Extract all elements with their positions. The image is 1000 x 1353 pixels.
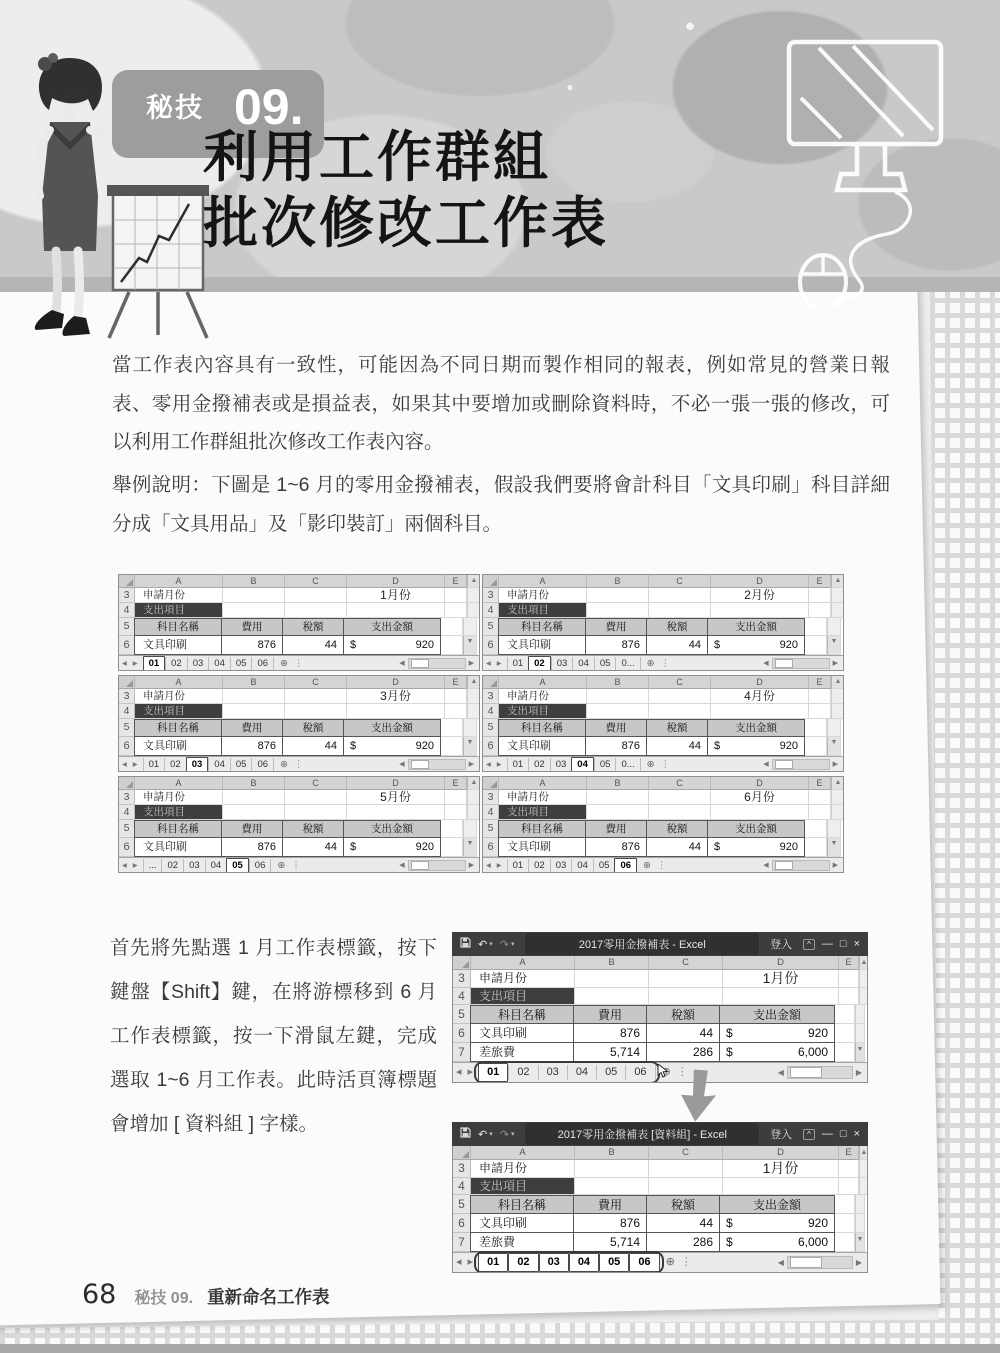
ribbon-display-icon[interactable]: ^: [803, 939, 815, 950]
sheet-tab-03[interactable]: 03: [183, 859, 205, 872]
empty-cell[interactable]: [835, 1233, 855, 1252]
empty-cell[interactable]: [285, 790, 347, 805]
cell-account-name[interactable]: 文具印刷: [134, 736, 222, 756]
maximize-icon[interactable]: □: [840, 1128, 847, 1140]
tab-nav-next-icon[interactable]: ▸: [130, 859, 141, 872]
scrollbar-thumb[interactable]: [790, 1067, 822, 1078]
scrollbar-thumb[interactable]: [775, 861, 793, 870]
cell-fee[interactable]: 876: [585, 837, 647, 857]
cell-month-value[interactable]: 2月份: [711, 588, 809, 603]
tab-nav-prev-icon[interactable]: ◂: [453, 1065, 465, 1080]
scroll-left-icon[interactable]: ◀: [396, 859, 407, 872]
redo-icon[interactable]: ↷: [500, 938, 509, 951]
empty-cell[interactable]: [839, 1160, 859, 1178]
column-header-a[interactable]: A: [471, 1146, 575, 1160]
add-sheet-icon[interactable]: ⊕: [643, 859, 651, 872]
empty-cell[interactable]: [587, 704, 649, 719]
empty-cell[interactable]: [587, 588, 649, 603]
vertical-scrollbar[interactable]: [855, 1214, 865, 1233]
vertical-scrollbar[interactable]: [827, 618, 841, 636]
cell-month-value[interactable]: 1月份: [723, 1160, 839, 1178]
tab-nav-next-icon[interactable]: ▸: [494, 758, 505, 771]
sheet-tab-04[interactable]: 04: [571, 757, 594, 772]
sheet-tab-05[interactable]: 05: [230, 758, 252, 771]
row-header-6[interactable]: 6: [119, 737, 135, 756]
header-account-name[interactable]: 科目名稱: [470, 1195, 574, 1214]
row-header-5[interactable]: 5: [483, 820, 499, 838]
empty-cell[interactable]: [809, 805, 831, 820]
cell-tax[interactable]: 44: [646, 1213, 720, 1233]
empty-cell[interactable]: [285, 689, 347, 704]
empty-cell[interactable]: [805, 636, 827, 655]
scroll-right-icon[interactable]: ▶: [830, 657, 841, 670]
row-header-4[interactable]: 4: [453, 1178, 471, 1195]
vertical-scrollbar[interactable]: [831, 603, 844, 618]
row-header-4[interactable]: 4: [483, 805, 499, 820]
header-account-name[interactable]: 科目名稱: [498, 820, 586, 838]
sheet-tab-06[interactable]: 06: [251, 657, 274, 670]
empty-cell[interactable]: [835, 1214, 855, 1233]
column-header-e[interactable]: E: [839, 1146, 859, 1160]
header-fee[interactable]: 費用: [585, 719, 647, 737]
empty-cell[interactable]: [587, 805, 649, 820]
horizontal-scrollbar[interactable]: [772, 658, 830, 669]
scrollbar-thumb[interactable]: [411, 659, 429, 668]
row-header-3[interactable]: 3: [119, 588, 135, 603]
sheet-tab-02[interactable]: 02: [508, 1065, 537, 1080]
header-amount[interactable]: 支出金額: [707, 719, 805, 737]
horizontal-scrollbar[interactable]: [772, 860, 830, 871]
vertical-scrollbar[interactable]: [467, 790, 480, 805]
row-header-3[interactable]: 3: [453, 970, 471, 988]
cell-apply-month-label[interactable]: 申請月份: [499, 689, 587, 704]
row-header-4[interactable]: 4: [119, 704, 135, 719]
column-header-a[interactable]: A: [499, 777, 587, 790]
sheet-tab-02[interactable]: 02: [528, 758, 550, 771]
scroll-up-icon[interactable]: ▲: [831, 676, 844, 689]
column-header-e[interactable]: E: [445, 575, 467, 588]
select-all-corner[interactable]: [453, 956, 471, 970]
row-header-5[interactable]: 5: [119, 719, 135, 737]
empty-cell[interactable]: [649, 790, 711, 805]
vertical-scrollbar[interactable]: [831, 790, 844, 805]
sheet-tab-01[interactable]: 01: [143, 758, 165, 771]
column-header-c[interactable]: C: [649, 956, 723, 970]
header-tax[interactable]: 稅額: [646, 719, 708, 737]
sheet-tab-06[interactable]: 06: [614, 858, 637, 873]
cell-amount[interactable]: $920: [343, 837, 441, 857]
column-header-c[interactable]: C: [649, 676, 711, 689]
sheet-tab-04[interactable]: 04: [567, 1065, 596, 1080]
qat-customize-icon[interactable]: ▾: [511, 940, 515, 948]
undo-icon[interactable]: ↶: [478, 1128, 487, 1141]
header-tax[interactable]: 稅額: [646, 820, 708, 838]
cell-tax[interactable]: 44: [282, 635, 344, 655]
cell-tax[interactable]: 44: [646, 635, 708, 655]
empty-cell[interactable]: [805, 838, 827, 857]
empty-cell[interactable]: [805, 820, 827, 838]
empty-cell[interactable]: [711, 704, 809, 719]
sheet-tab-02[interactable]: 02: [164, 758, 186, 771]
empty-cell[interactable]: [835, 1005, 855, 1024]
cell-amount[interactable]: $920: [719, 1023, 835, 1043]
scroll-up-icon[interactable]: ▲: [859, 1146, 868, 1160]
undo-dropdown-icon[interactable]: ▾: [489, 940, 493, 948]
row-header-3[interactable]: 3: [483, 588, 499, 603]
empty-cell[interactable]: [441, 820, 463, 838]
sheet-tab-01[interactable]: 01: [478, 1063, 508, 1082]
scroll-right-icon[interactable]: ▶: [466, 758, 477, 771]
vertical-scrollbar[interactable]: [463, 618, 477, 636]
scroll-left-icon[interactable]: ◀: [396, 657, 407, 670]
empty-cell[interactable]: [649, 970, 723, 988]
header-amount[interactable]: 支出金額: [707, 820, 805, 838]
header-tax[interactable]: 稅額: [282, 719, 344, 737]
cell-amount[interactable]: $6,000: [719, 1232, 835, 1252]
sheet-tab-05[interactable]: 05: [594, 758, 616, 771]
header-account-name[interactable]: 科目名稱: [498, 719, 586, 737]
sheet-tab-04[interactable]: 04: [208, 758, 230, 771]
cell-amount[interactable]: $920: [707, 736, 805, 756]
header-account-name[interactable]: 科目名稱: [134, 719, 222, 737]
column-header-e[interactable]: E: [809, 777, 831, 790]
header-account-name[interactable]: 科目名稱: [498, 618, 586, 636]
sheet-tab-05[interactable]: 05: [226, 858, 249, 873]
vertical-scrollbar[interactable]: [463, 719, 477, 737]
sheet-tab-04[interactable]: 04: [572, 657, 594, 670]
row-header-6[interactable]: 6: [453, 1024, 471, 1043]
column-header-b[interactable]: B: [223, 777, 285, 790]
empty-cell[interactable]: [223, 790, 285, 805]
row-header-5[interactable]: 5: [483, 719, 499, 737]
column-header-b[interactable]: B: [223, 676, 285, 689]
empty-cell[interactable]: [445, 588, 467, 603]
header-amount[interactable]: 支出金額: [719, 1195, 835, 1214]
cell-apply-month-label[interactable]: 申請月份: [471, 970, 575, 988]
redo-icon[interactable]: ↷: [500, 1128, 509, 1141]
scroll-up-icon[interactable]: ▲: [859, 956, 868, 970]
row-header-6[interactable]: 6: [119, 838, 135, 857]
scrollbar-thumb[interactable]: [411, 861, 429, 870]
scroll-down-icon[interactable]: ▼: [463, 737, 477, 756]
sheet-tab-06[interactable]: 06: [629, 1253, 659, 1272]
column-header-b[interactable]: B: [575, 1146, 649, 1160]
cell-month-value[interactable]: 3月份: [347, 689, 445, 704]
column-header-c[interactable]: C: [649, 777, 711, 790]
row-header-3[interactable]: 3: [119, 689, 135, 704]
cell-expense-item-label[interactable]: 支出項目: [499, 603, 587, 618]
tab-nav-prev-icon[interactable]: ◂: [119, 657, 130, 670]
row-header-3[interactable]: 3: [483, 689, 499, 704]
empty-cell[interactable]: [835, 1195, 855, 1214]
empty-cell[interactable]: [347, 805, 445, 820]
scroll-down-icon[interactable]: ▼: [827, 838, 841, 857]
column-header-c[interactable]: C: [285, 777, 347, 790]
add-sheet-icon[interactable]: ⊕: [277, 859, 285, 872]
tab-nav-prev-icon[interactable]: ◂: [483, 657, 494, 670]
cell-account-name[interactable]: 文具印刷: [470, 1023, 574, 1043]
vertical-scrollbar[interactable]: [831, 689, 844, 704]
scroll-down-icon[interactable]: ▼: [463, 636, 477, 655]
cell-tax[interactable]: 44: [282, 837, 344, 857]
scroll-right-icon[interactable]: ▶: [466, 657, 477, 670]
cell-apply-month-label[interactable]: 申請月份: [135, 588, 223, 603]
cell-expense-item-label[interactable]: 支出項目: [499, 704, 587, 719]
cell-expense-item-label[interactable]: 支出項目: [135, 805, 223, 820]
empty-cell[interactable]: [649, 988, 723, 1005]
column-header-c[interactable]: C: [285, 575, 347, 588]
empty-cell[interactable]: [649, 588, 711, 603]
tab-nav-next-icon[interactable]: ▸: [494, 859, 505, 872]
empty-cell[interactable]: [809, 588, 831, 603]
cell-account-name[interactable]: 文具印刷: [134, 635, 222, 655]
sign-in-button[interactable]: 登入: [770, 1126, 792, 1142]
scroll-up-icon[interactable]: ▲: [467, 575, 480, 588]
sheet-tab-05[interactable]: 05: [596, 1065, 625, 1080]
vertical-scrollbar[interactable]: [859, 1160, 868, 1178]
header-fee[interactable]: 費用: [585, 820, 647, 838]
sheet-tab-02[interactable]: 02: [528, 859, 550, 872]
tab-nav-next-icon[interactable]: ▸: [465, 1065, 477, 1080]
empty-cell[interactable]: [649, 603, 711, 618]
row-header-5[interactable]: 5: [453, 1005, 471, 1024]
row-header-4[interactable]: 4: [453, 988, 471, 1005]
undo-dropdown-icon[interactable]: ▾: [489, 1130, 493, 1138]
empty-cell[interactable]: [809, 704, 831, 719]
add-sheet-icon[interactable]: ⊕: [647, 758, 655, 771]
empty-cell[interactable]: [441, 838, 463, 857]
row-header-7[interactable]: 7: [453, 1043, 471, 1062]
column-header-a[interactable]: A: [499, 575, 587, 588]
empty-cell[interactable]: [805, 618, 827, 636]
sheet-tab-...[interactable]: ...: [143, 859, 162, 872]
column-header-d[interactable]: D: [711, 676, 809, 689]
row-header-6[interactable]: 6: [483, 737, 499, 756]
cell-amount[interactable]: $920: [343, 736, 441, 756]
horizontal-scrollbar[interactable]: [408, 658, 466, 669]
cell-account-name[interactable]: 文具印刷: [498, 736, 586, 756]
minimize-icon[interactable]: —: [822, 1128, 833, 1140]
cell-apply-month-label[interactable]: 申請月份: [471, 1160, 575, 1178]
cell-amount[interactable]: $920: [343, 635, 441, 655]
tab-nav-prev-icon[interactable]: ◂: [483, 859, 494, 872]
row-header-5[interactable]: 5: [119, 618, 135, 636]
sheet-tab-03[interactable]: 03: [538, 1065, 567, 1080]
scroll-up-icon[interactable]: ▲: [467, 777, 480, 790]
header-tax[interactable]: 稅額: [646, 1005, 720, 1024]
header-amount[interactable]: 支出金額: [719, 1005, 835, 1024]
empty-cell[interactable]: [445, 603, 467, 618]
row-header-6[interactable]: 6: [119, 636, 135, 655]
empty-cell[interactable]: [575, 988, 649, 1005]
empty-cell[interactable]: [649, 704, 711, 719]
add-sheet-icon[interactable]: ⊕: [280, 657, 288, 670]
header-fee[interactable]: 費用: [573, 1195, 647, 1214]
scroll-right-icon[interactable]: ▶: [853, 1255, 865, 1270]
empty-cell[interactable]: [809, 689, 831, 704]
row-header-5[interactable]: 5: [119, 820, 135, 838]
column-header-c[interactable]: C: [285, 676, 347, 689]
add-sheet-icon[interactable]: ⊕: [280, 758, 288, 771]
tab-nav-prev-icon[interactable]: ◂: [453, 1255, 465, 1270]
cell-expense-item-label[interactable]: 支出項目: [135, 603, 223, 618]
cell-account-name[interactable]: 差旅費: [470, 1232, 574, 1252]
scroll-left-icon[interactable]: ◀: [760, 657, 771, 670]
row-header-4[interactable]: 4: [483, 704, 499, 719]
cell-expense-item-label[interactable]: 支出項目: [471, 1178, 575, 1195]
column-header-b[interactable]: B: [575, 956, 649, 970]
tab-nav-next-icon[interactable]: ▸: [130, 657, 141, 670]
empty-cell[interactable]: [441, 719, 463, 737]
header-amount[interactable]: 支出金額: [343, 820, 441, 838]
select-all-corner[interactable]: [119, 575, 135, 588]
horizontal-scrollbar[interactable]: [408, 759, 466, 770]
column-header-a[interactable]: A: [135, 777, 223, 790]
column-header-d[interactable]: D: [723, 956, 839, 970]
column-header-d[interactable]: D: [711, 575, 809, 588]
scroll-left-icon[interactable]: ◀: [760, 859, 771, 872]
tab-nav-next-icon[interactable]: ▸: [465, 1255, 477, 1270]
empty-cell[interactable]: [347, 704, 445, 719]
cell-expense-item-label[interactable]: 支出項目: [135, 704, 223, 719]
cell-fee[interactable]: 876: [573, 1213, 647, 1233]
ribbon-display-icon[interactable]: ^: [803, 1129, 815, 1140]
row-header-6[interactable]: 6: [483, 838, 499, 857]
sheet-tab-02[interactable]: 02: [508, 1253, 538, 1272]
empty-cell[interactable]: [805, 737, 827, 756]
vertical-scrollbar[interactable]: [827, 820, 841, 838]
column-header-b[interactable]: B: [587, 676, 649, 689]
cell-amount[interactable]: $920: [707, 837, 805, 857]
scroll-up-icon[interactable]: ▲: [831, 777, 844, 790]
empty-cell[interactable]: [649, 805, 711, 820]
empty-cell[interactable]: [445, 689, 467, 704]
select-all-corner[interactable]: [483, 676, 499, 689]
add-sheet-icon[interactable]: ⊕: [647, 657, 655, 670]
empty-cell[interactable]: [711, 603, 809, 618]
row-header-6[interactable]: 6: [453, 1214, 471, 1233]
sheet-tab-06[interactable]: 06: [251, 758, 274, 771]
scroll-right-icon[interactable]: ▶: [466, 859, 477, 872]
sheet-tab-05[interactable]: 05: [593, 859, 615, 872]
column-header-d[interactable]: D: [711, 777, 809, 790]
empty-cell[interactable]: [839, 970, 859, 988]
column-header-c[interactable]: C: [649, 1146, 723, 1160]
qat-customize-icon[interactable]: ▾: [511, 1130, 515, 1138]
scroll-left-icon[interactable]: ◀: [760, 758, 771, 771]
column-header-b[interactable]: B: [223, 575, 285, 588]
header-amount[interactable]: 支出金額: [343, 719, 441, 737]
horizontal-scrollbar[interactable]: [408, 860, 466, 871]
empty-cell[interactable]: [835, 1043, 855, 1062]
empty-cell[interactable]: [223, 704, 285, 719]
cell-month-value[interactable]: 6月份: [711, 790, 809, 805]
header-tax[interactable]: 稅額: [646, 1195, 720, 1214]
cell-amount[interactable]: $920: [707, 635, 805, 655]
sheet-tab-02[interactable]: 02: [165, 657, 187, 670]
scroll-down-icon[interactable]: ▼: [463, 838, 477, 857]
empty-cell[interactable]: [223, 805, 285, 820]
column-header-d[interactable]: D: [723, 1146, 839, 1160]
sheet-tab-03[interactable]: 03: [539, 1253, 569, 1272]
sheet-tab-01[interactable]: 01: [507, 859, 529, 872]
empty-cell[interactable]: [285, 603, 347, 618]
empty-cell[interactable]: [723, 988, 839, 1005]
vertical-scrollbar[interactable]: [831, 805, 844, 820]
sheet-tab-03[interactable]: 03: [551, 657, 573, 670]
empty-cell[interactable]: [445, 790, 467, 805]
cell-month-value[interactable]: 5月份: [347, 790, 445, 805]
empty-cell[interactable]: [445, 704, 467, 719]
empty-cell[interactable]: [441, 737, 463, 756]
column-header-d[interactable]: D: [347, 777, 445, 790]
header-amount[interactable]: 支出金額: [707, 618, 805, 636]
empty-cell[interactable]: [223, 603, 285, 618]
sheet-tab-01[interactable]: 01: [507, 657, 529, 670]
sheet-tab-04[interactable]: 04: [205, 859, 227, 872]
header-fee[interactable]: 費用: [221, 719, 283, 737]
close-icon[interactable]: ×: [854, 1128, 860, 1140]
column-header-e[interactable]: E: [445, 676, 467, 689]
cell-fee[interactable]: 876: [573, 1023, 647, 1043]
vertical-scrollbar[interactable]: [827, 719, 841, 737]
empty-cell[interactable]: [587, 790, 649, 805]
row-header-7[interactable]: 7: [453, 1233, 471, 1252]
vertical-scrollbar[interactable]: [859, 970, 868, 988]
sheet-tab-0...[interactable]: 0...: [615, 657, 640, 670]
sheet-tab-04[interactable]: 04: [571, 859, 593, 872]
header-account-name[interactable]: 科目名稱: [134, 618, 222, 636]
empty-cell[interactable]: [285, 805, 347, 820]
cell-account-name[interactable]: 文具印刷: [498, 837, 586, 857]
cell-tax[interactable]: 44: [646, 1023, 720, 1043]
scrollbar-thumb[interactable]: [790, 1257, 822, 1268]
sheet-tab-0...[interactable]: 0...: [615, 758, 640, 771]
cell-month-value[interactable]: 1月份: [723, 970, 839, 988]
cell-apply-month-label[interactable]: 申請月份: [135, 689, 223, 704]
vertical-scrollbar[interactable]: [831, 588, 844, 603]
column-header-e[interactable]: E: [809, 676, 831, 689]
column-header-e[interactable]: E: [839, 956, 859, 970]
vertical-scrollbar[interactable]: [855, 1024, 865, 1043]
row-header-3[interactable]: 3: [119, 790, 135, 805]
add-sheet-icon[interactable]: ⊕: [666, 1255, 675, 1270]
maximize-icon[interactable]: □: [840, 938, 847, 950]
close-icon[interactable]: ×: [854, 938, 860, 950]
empty-cell[interactable]: [285, 588, 347, 603]
vertical-scrollbar[interactable]: [467, 689, 480, 704]
header-fee[interactable]: 費用: [573, 1005, 647, 1024]
tab-nav-next-icon[interactable]: ▸: [494, 657, 505, 670]
minimize-icon[interactable]: —: [822, 938, 833, 950]
empty-cell[interactable]: [711, 805, 809, 820]
row-header-4[interactable]: 4: [483, 603, 499, 618]
cell-apply-month-label[interactable]: 申請月份: [135, 790, 223, 805]
tab-nav-prev-icon[interactable]: ◂: [119, 859, 130, 872]
empty-cell[interactable]: [575, 970, 649, 988]
column-header-d[interactable]: D: [347, 676, 445, 689]
cell-expense-item-label[interactable]: 支出項目: [471, 988, 575, 1005]
empty-cell[interactable]: [839, 988, 859, 1005]
header-fee[interactable]: 費用: [221, 618, 283, 636]
cell-month-value[interactable]: 1月份: [347, 588, 445, 603]
scrollbar-thumb[interactable]: [775, 760, 793, 769]
column-header-d[interactable]: D: [347, 575, 445, 588]
empty-cell[interactable]: [587, 689, 649, 704]
empty-cell[interactable]: [575, 1160, 649, 1178]
vertical-scrollbar[interactable]: [467, 603, 480, 618]
cell-fee[interactable]: 876: [221, 736, 283, 756]
